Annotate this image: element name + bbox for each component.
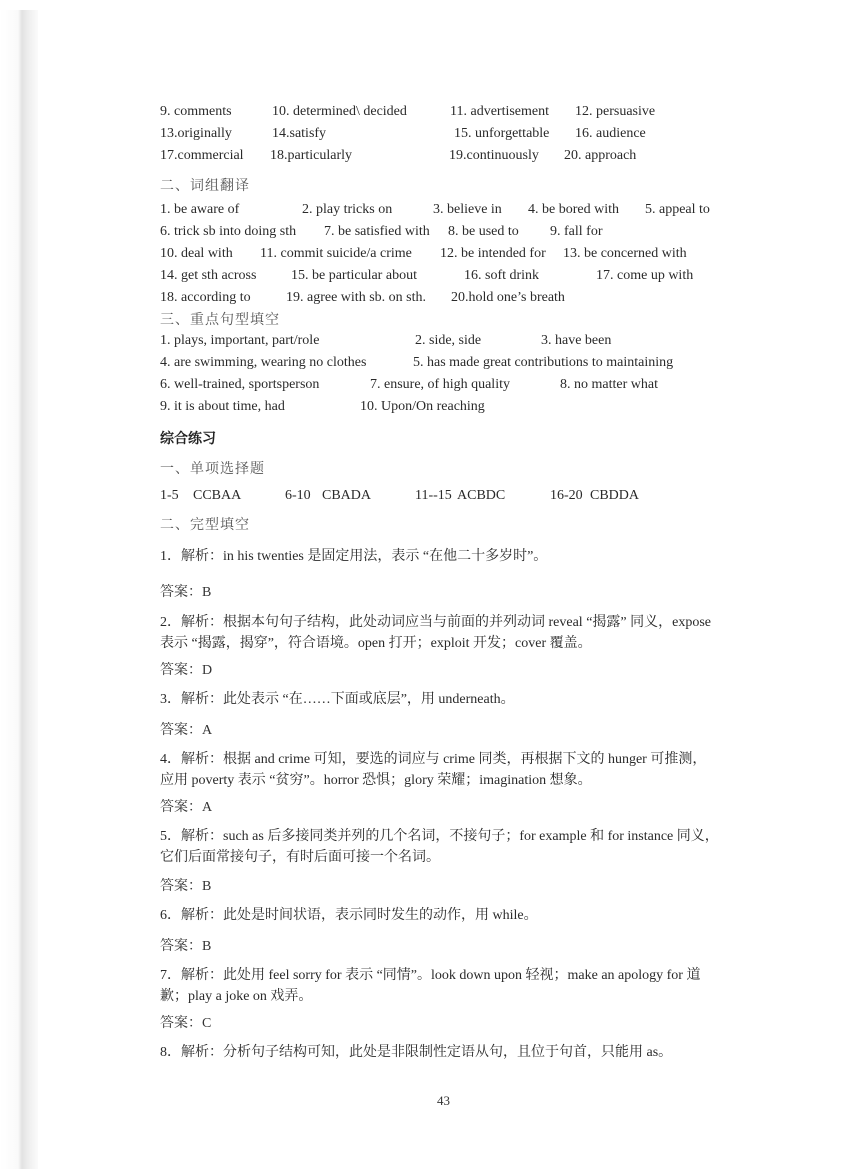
cloze-explanation: 1．解析：in his twenties 是固定用法，表示 “在他二十多岁时”。 (160, 546, 720, 567)
sentence-item: 3. have been (541, 333, 611, 349)
cloze-answer: 答案：D (160, 659, 212, 679)
section-heading-sentence-fill: 三、重点句型填空 (160, 309, 280, 329)
cloze-answer: 答案：C (160, 1012, 211, 1032)
phrase-item: 20.hold one’s breath (451, 290, 565, 306)
sentence-item: 5. has made great contributions to maint… (413, 355, 673, 371)
cloze-answer: 答案：A (160, 796, 212, 816)
vocab-item: 11. advertisement (450, 104, 549, 120)
cloze-explanation: 2．解析：根据本句句子结构，此处动词应当与前面的并列动词 reveal “揭露”… (160, 612, 720, 654)
section-heading-phrase-translation: 二、词组翻译 (160, 175, 250, 195)
vocab-item: 18.particularly (270, 148, 352, 164)
cloze-answer: 答案：B (160, 935, 211, 955)
cloze-explanation: 5．解析：such as 后多接同类并列的几个名词，不接句子；for examp… (160, 826, 720, 868)
phrase-item: 16. soft drink (464, 268, 539, 284)
mc-range: 16-20 (550, 488, 583, 504)
phrase-item: 14. get sth across (160, 268, 256, 284)
cloze-answer: 答案：B (160, 581, 211, 601)
mc-answers: CBADA (322, 488, 371, 504)
cloze-explanation: 3．解析：此处表示 “在……下面或底层”，用 underneath。 (160, 689, 720, 710)
vocab-item: 9. comments (160, 104, 232, 120)
section-heading-cloze: 二、完型填空 (160, 514, 250, 534)
phrase-item: 9. fall for (550, 224, 602, 240)
phrase-item: 2. play tricks on (302, 202, 392, 218)
phrase-item: 7. be satisfied with (324, 224, 430, 240)
phrase-item: 6. trick sb into doing sth (160, 224, 296, 240)
phrase-item: 13. be concerned with (563, 246, 687, 262)
sentence-item: 4. are swimming, wearing no clothes (160, 355, 366, 371)
vocab-item: 19.continuously (449, 148, 539, 164)
phrase-item: 17. come up with (596, 268, 693, 284)
phrase-item: 3. believe in (433, 202, 502, 218)
section-title-comprehensive: 综合练习 (160, 428, 216, 448)
phrase-item: 10. deal with (160, 246, 233, 262)
cloze-explanation: 6．解析：此处是时间状语，表示同时发生的动作，用 while。 (160, 905, 720, 926)
section-heading-multiple-choice: 一、单项选择题 (160, 458, 265, 478)
sentence-item: 1. plays, important, part/role (160, 333, 319, 349)
vocab-item: 10. determined\ decided (272, 104, 407, 120)
sentence-item: 9. it is about time, had (160, 399, 285, 415)
cloze-answer: 答案：A (160, 719, 212, 739)
vocab-item: 16. audience (575, 126, 646, 142)
vocab-item: 12. persuasive (575, 104, 655, 120)
cloze-explanation: 7．解析：此处用 feel sorry for 表示 “同情”。look dow… (160, 965, 720, 1007)
cloze-explanation: 8．解析：分析句子结构可知，此处是非限制性定语从句，且位于句首，只能用 as。 (160, 1042, 720, 1063)
phrase-item: 15. be particular about (291, 268, 417, 284)
page-number: 43 (437, 1093, 450, 1109)
mc-range: 6-10 (285, 488, 311, 504)
mc-range: 1-5 (160, 488, 179, 504)
answer-key-page: 9. comments 10. determined\ decided 11. … (0, 0, 850, 1169)
phrase-item: 5. appeal to (645, 202, 710, 218)
sentence-item: 7. ensure, of high quality (370, 377, 510, 393)
mc-answers: ACBDC (457, 488, 505, 504)
sentence-item: 8. no matter what (560, 377, 658, 393)
phrase-item: 4. be bored with (528, 202, 619, 218)
mc-range: 11--15 (415, 488, 452, 504)
phrase-item: 18. according to (160, 290, 251, 306)
phrase-item: 8. be used to (448, 224, 519, 240)
sentence-item: 2. side, side (415, 333, 481, 349)
sentence-item: 10. Upon/On reaching (360, 399, 485, 415)
cloze-explanation: 4．解析：根据 and crime 可知，要选的词应与 crime 同类，再根据… (160, 749, 720, 791)
sentence-item: 6. well-trained, sportsperson (160, 377, 319, 393)
phrase-item: 19. agree with sb. on sth. (286, 290, 426, 306)
phrase-item: 12. be intended for (440, 246, 546, 262)
phrase-item: 11. commit suicide/a crime (260, 246, 412, 262)
vocab-item: 13.originally (160, 126, 232, 142)
vocab-item: 15. unforgettable (454, 126, 549, 142)
phrase-item: 1. be aware of (160, 202, 239, 218)
mc-answers: CCBAA (193, 488, 241, 504)
vocab-item: 14.satisfy (272, 126, 326, 142)
cloze-answer: 答案：B (160, 875, 211, 895)
vocab-item: 17.commercial (160, 148, 244, 164)
mc-answers: CBDDA (590, 488, 639, 504)
vocab-item: 20. approach (564, 148, 636, 164)
